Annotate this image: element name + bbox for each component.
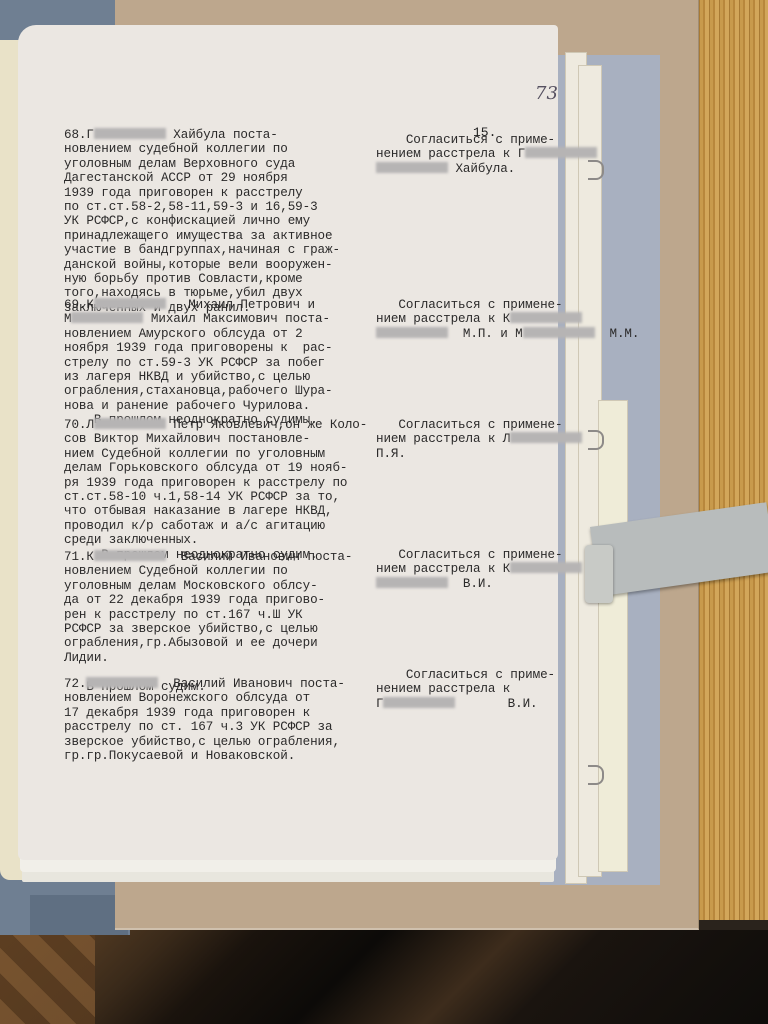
text-line: 68.Г Хайбула поста- [64,128,340,142]
text-line: 70.Л Петр Яковлевич,он же Коло- [64,418,367,432]
text-line: П.Я. [376,447,582,461]
binder-clamp-cap [585,545,613,603]
text-line: Дагестанской АССР от 29 ноября [64,171,340,185]
text-line: принадлежащего имущества за активное [64,229,340,243]
text-line: проводил к/р саботаж и а/с агитацию [64,519,367,533]
parquet-tile [0,930,95,1024]
binder-tape [30,895,128,935]
case-entry-text: 68.Г Хайбула поста-новлением судебной ко… [64,128,340,315]
text-line: данской войны,которые вели вооружен- [64,258,340,272]
text-line: Согласиться с примене- [376,298,639,312]
text-line: М Михаил Максимович поста- [64,312,332,326]
text-line: рен к расстрелу по ст.167 ч.Ш УК [64,608,352,622]
paper-clip-icon [588,430,604,450]
floor-background [0,930,768,1024]
text-line: ря 1939 года приговорен к расстрелу по [64,476,367,490]
redacted-name [376,577,448,588]
redacted-name [94,550,166,561]
text-line: среди заключенных. [64,533,367,547]
text-line: М.П. и М М.М. [376,327,639,341]
text-line: Лидии. [64,651,352,665]
redacted-name [71,312,143,323]
wooden-desk [690,0,768,920]
text-line: ноября 1939 года приговорены к рас- [64,341,332,355]
text-line: нием расстрела к К [376,562,582,576]
resolution-text: Согласиться с примене-нием расстрела к Л… [376,418,582,461]
case-entry-text: 69.К Михаил Петрович иМ Михаил Максимови… [64,298,332,428]
text-line: уголовным делам Верховного суда [64,157,340,171]
resolution-text: Согласиться с примене-нием расстрела к К… [376,548,582,591]
text-line: ст.ст.58-10 ч.1,58-14 УК РСФСР за то, [64,490,367,504]
text-line: сов Виктор Михайлович постановле- [64,432,367,446]
text-line: 1939 года приговорен к расстрелу [64,186,340,200]
text-line: нием Судебной коллегии по уголовным [64,447,367,461]
redacted-name [510,432,582,443]
redacted-name [523,327,595,338]
text-line: нением расстрела к Г [376,147,597,161]
text-line: нием расстрела к К [376,312,639,326]
text-line: гр.гр.Покусаевой и Новаковской. [64,749,345,763]
text-line: УК РСФСР,с конфискацией лично ему [64,214,340,228]
redacted-name [510,562,582,573]
text-line: участие в бандгруппах,начиная с граж- [64,243,340,257]
text-line: нова и ранение рабочего Чурилова. [64,399,332,413]
redacted-name [94,128,166,139]
text-line: 17 декабря 1939 года приговорен к [64,706,345,720]
redacted-name [94,298,166,309]
text-line: нием расстрела к Л [376,432,582,446]
text-line: 72. Василий Иванович поста- [64,677,345,691]
case-entry-text: 72. Василий Иванович поста-новлением Вор… [64,677,345,763]
case-entry-text: 70.Л Петр Яковлевич,он же Коло-сов Викто… [64,418,367,562]
text-line: В.И. [376,577,582,591]
text-line: новлением Воронежского облсуда от [64,691,345,705]
text-line: делам Горьковского облсуда от 19 нояб- [64,461,367,475]
text-line: 71.К Василий Иванович поста- [64,550,352,564]
text-line: расстрелу по ст. 167 ч.3 УК РСФСР за [64,720,345,734]
document-page: 73 15. 68.Г Хайбула поста-новлением суде… [18,25,558,860]
redacted-name [376,162,448,173]
text-line: что отбывая наказание в лагере НКВД, [64,504,367,518]
text-line: зверское убийство,с целью ограбления, [64,735,345,749]
redacted-name [510,312,582,323]
redacted-name [376,327,448,338]
resolution-text: Согласиться с примене-нием расстрела к К… [376,298,639,341]
text-line: Г В.И. [376,697,555,711]
text-line: Согласиться с приме- [376,133,597,147]
text-line: ную борьбу против Совласти,кроме [64,272,340,286]
folded-paper-edge [598,400,628,872]
redacted-name [94,418,166,429]
text-line: нением расстрела к [376,682,555,696]
text-line: Хайбула. [376,162,597,176]
text-line: да от 22 декабря 1939 года пригово- [64,593,352,607]
resolution-text: Согласиться с приме-нением расстрела к Г… [376,133,597,176]
text-line: РСФСР за зверское убийство,с целью [64,622,352,636]
resolution-text: Согласиться с приме-нением расстрела кГ … [376,668,555,711]
case-entry-text: 71.К Василий Иванович поста-новлением Су… [64,550,352,694]
handwritten-page-number: 73 [535,83,558,104]
text-line: из лагеря НКВД и убийство,с целью [64,370,332,384]
text-line: уголовным делам Московского облсу- [64,579,352,593]
text-line: Согласиться с примене- [376,548,582,562]
text-line: новлением судебной коллегии по [64,142,340,156]
text-line: 69.К Михаил Петрович и [64,298,332,312]
text-line: новлением Судебной коллегии по [64,564,352,578]
text-line: по ст.ст.58-2,58-11,59-3 и 16,59-3 [64,200,340,214]
text-line: Согласиться с примене- [376,418,582,432]
redacted-name [525,147,597,158]
text-line: новлением Амурского облсуда от 2 [64,327,332,341]
text-line: стрелу по ст.59-3 УК РСФСР за побег [64,356,332,370]
text-line: ограбления,гр.Абызовой и ее дочери [64,636,352,650]
redacted-name [383,697,455,708]
text-line: Согласиться с приме- [376,668,555,682]
paper-clip-icon [588,765,604,785]
redacted-name [86,677,158,688]
text-line: ограбления,стахановца,рабочего Шура- [64,384,332,398]
